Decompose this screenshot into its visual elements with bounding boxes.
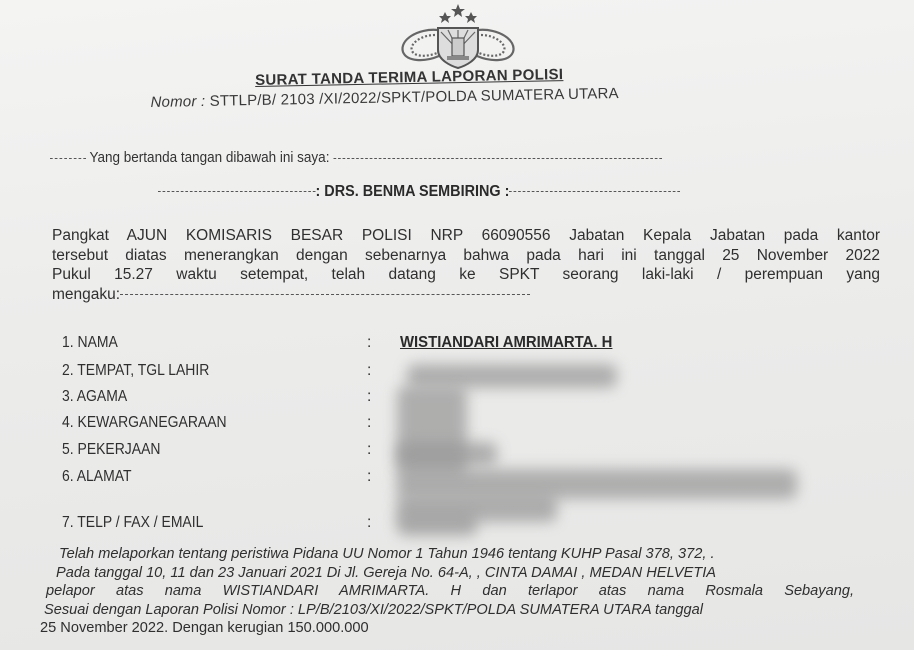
redacted-occupation bbox=[397, 442, 497, 466]
field-label: 5. PEKERJAAN bbox=[62, 441, 160, 459]
field-colon: : bbox=[367, 468, 371, 486]
report-line: 25 November 2022. Dengan kerugian 150.00… bbox=[40, 619, 884, 638]
number-value: STTLP/B/ 2103 /XI/2022/SPKT/POLDA SUMATE… bbox=[209, 85, 618, 110]
field-colon: : bbox=[367, 514, 371, 532]
report-line: Telah melaporkan tentang peristiwa Pidan… bbox=[44, 545, 884, 564]
number-label: Nomor : bbox=[150, 93, 205, 111]
field-value-name: WISTIANDARI AMRIMARTA. H bbox=[400, 334, 612, 352]
dashed-rule bbox=[333, 158, 661, 159]
signatory-intro: Yang bertanda tangan dibawah ini saya: bbox=[90, 149, 330, 166]
field-label: 2. TEMPAT, TGL LAHIR bbox=[62, 362, 209, 380]
statement-line: tersebut diatas menerangkan dengan seben… bbox=[52, 246, 880, 266]
statement-text: mengaku: bbox=[52, 286, 120, 303]
dashed-rule bbox=[120, 294, 530, 295]
redacted-birth-info bbox=[407, 364, 617, 388]
document-number: Nomor : STTLP/B/ 2103 /XI/2022/SPKT/POLD… bbox=[150, 85, 619, 111]
field-label: 6. ALAMAT bbox=[62, 468, 132, 486]
field-label: 7. TELP / FAX / EMAIL bbox=[62, 514, 203, 532]
statement-line-last: mengaku: bbox=[52, 285, 880, 305]
statement-paragraph: Pangkat AJUN KOMISARIS BESAR POLISI NRP … bbox=[52, 226, 880, 304]
field-label: 1. NAMA bbox=[62, 334, 118, 352]
officer-line: : DRS. BENMA SEMBIRING : bbox=[158, 183, 680, 201]
report-line: Pada tanggal 10, 11 dan 23 Januari 2021 … bbox=[44, 564, 884, 583]
dashed-rule bbox=[158, 191, 316, 192]
document-title: SURAT TANDA TERIMA LAPORAN POLISI bbox=[255, 66, 564, 89]
statement-line: Pangkat AJUN KOMISARIS BESAR POLISI NRP … bbox=[52, 226, 880, 246]
field-colon: : bbox=[367, 441, 371, 459]
field-colon: : bbox=[367, 334, 371, 352]
field-colon: : bbox=[367, 362, 371, 380]
dashed-rule bbox=[509, 191, 680, 192]
field-colon: : bbox=[367, 388, 371, 406]
signatory-intro-line: Yang bertanda tangan dibawah ini saya: bbox=[50, 149, 662, 166]
document-page: SURAT TANDA TERIMA LAPORAN POLISI Nomor … bbox=[0, 0, 914, 650]
field-label: 4. KEWARGANEGARAAN bbox=[62, 414, 227, 432]
officer-name: : DRS. BENMA SEMBIRING : bbox=[316, 183, 510, 200]
dashed-rule bbox=[50, 158, 86, 159]
report-line: pelapor atas nama WISTIANDARI AMRIMARTA.… bbox=[44, 582, 854, 601]
report-paragraph: Telah melaporkan tentang peristiwa Pidan… bbox=[44, 545, 884, 638]
field-colon: : bbox=[367, 414, 371, 432]
statement-line: Pukul 15.27 waktu setempat, telah datang… bbox=[52, 265, 880, 285]
redacted-contact bbox=[397, 512, 477, 536]
police-emblem-icon bbox=[393, 2, 523, 72]
report-line: Sesuai dengan Laporan Polisi Nomor : LP/… bbox=[44, 601, 884, 620]
field-label: 3. AGAMA bbox=[62, 388, 127, 406]
